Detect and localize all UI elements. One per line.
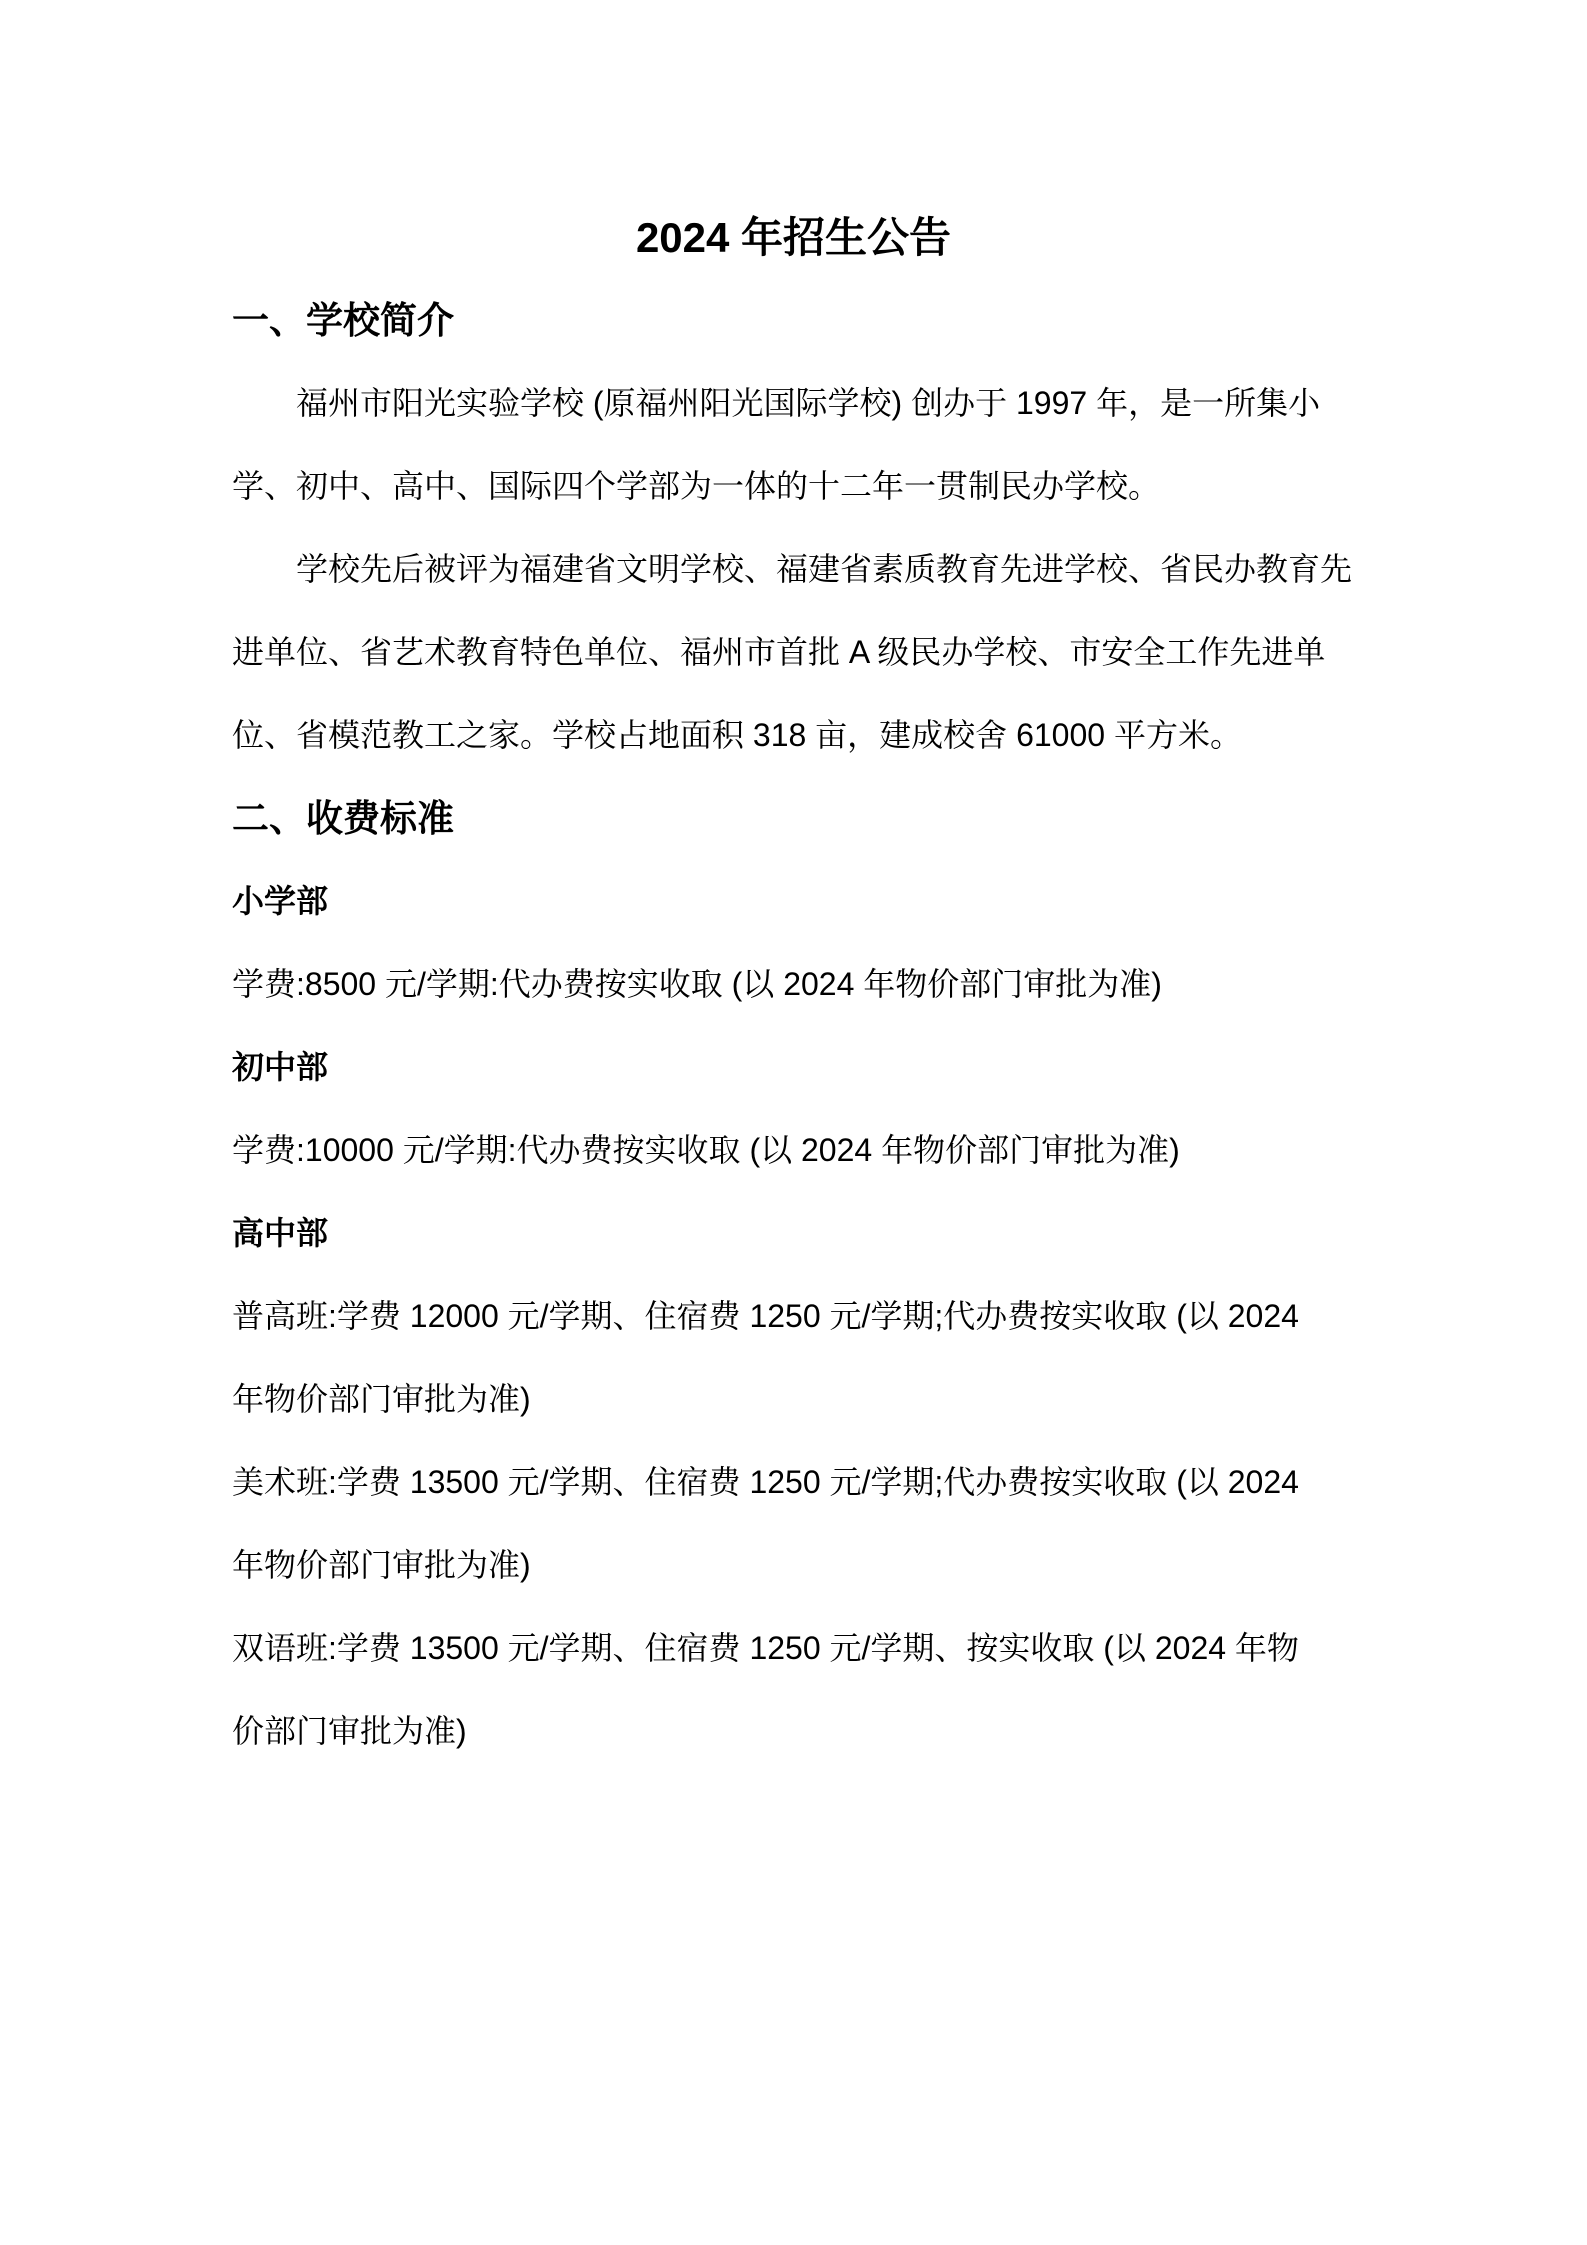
section1-heading: 一、学校简介 [232, 279, 1422, 362]
honors-paragraph-line: 进单位、省艺术教育特色单位、福州市首批 A 级民办学校、市安全工作先进单 [232, 611, 1422, 694]
intro-paragraph-line: 福州市阳光实验学校 (原福州阳光国际学校) 创办于 1997 年，是一所集小 [232, 362, 1422, 445]
document-title: 2024 年招生公告 [165, 196, 1422, 279]
senior-bilingual-fee-line: 价部门审批为准) [232, 1690, 1422, 1773]
junior-school-fee-line: 学费:10000 元/学期:代办费按实收取 (以 2024 年物价部门审批为准) [232, 1109, 1422, 1192]
section2-heading: 二、收费标准 [232, 777, 1422, 860]
honors-paragraph-line: 位、省模范教工之家。学校占地面积 318 亩，建成校舍 61000 平方米。 [232, 694, 1422, 777]
honors-paragraph-line: 学校先后被评为福建省文明学校、福建省素质教育先进学校、省民办教育先 [232, 528, 1422, 611]
senior-school-subheading: 高中部 [232, 1192, 1422, 1275]
senior-bilingual-fee-line: 双语班:学费 13500 元/学期、住宿费 1250 元/学期、按实收取 (以 … [232, 1607, 1422, 1690]
senior-art-fee-line: 美术班:学费 13500 元/学期、住宿费 1250 元/学期;代办费按实收取 … [232, 1441, 1422, 1524]
junior-school-subheading: 初中部 [232, 1026, 1422, 1109]
senior-art-fee-line: 年物价部门审批为准) [232, 1524, 1422, 1607]
primary-school-fee-line: 学费:8500 元/学期:代办费按实收取 (以 2024 年物价部门审批为准) [232, 943, 1422, 1026]
document-page: 2024 年招生公告 一、学校简介 福州市阳光实验学校 (原福州阳光国际学校) … [0, 0, 1587, 2245]
senior-regular-fee-line: 普高班:学费 12000 元/学期、住宿费 1250 元/学期;代办费按实收取 … [232, 1275, 1422, 1358]
senior-regular-fee-line: 年物价部门审批为准) [232, 1358, 1422, 1441]
primary-school-subheading: 小学部 [232, 860, 1422, 943]
intro-paragraph-line: 学、初中、高中、国际四个学部为一体的十二年一贯制民办学校。 [232, 445, 1422, 528]
